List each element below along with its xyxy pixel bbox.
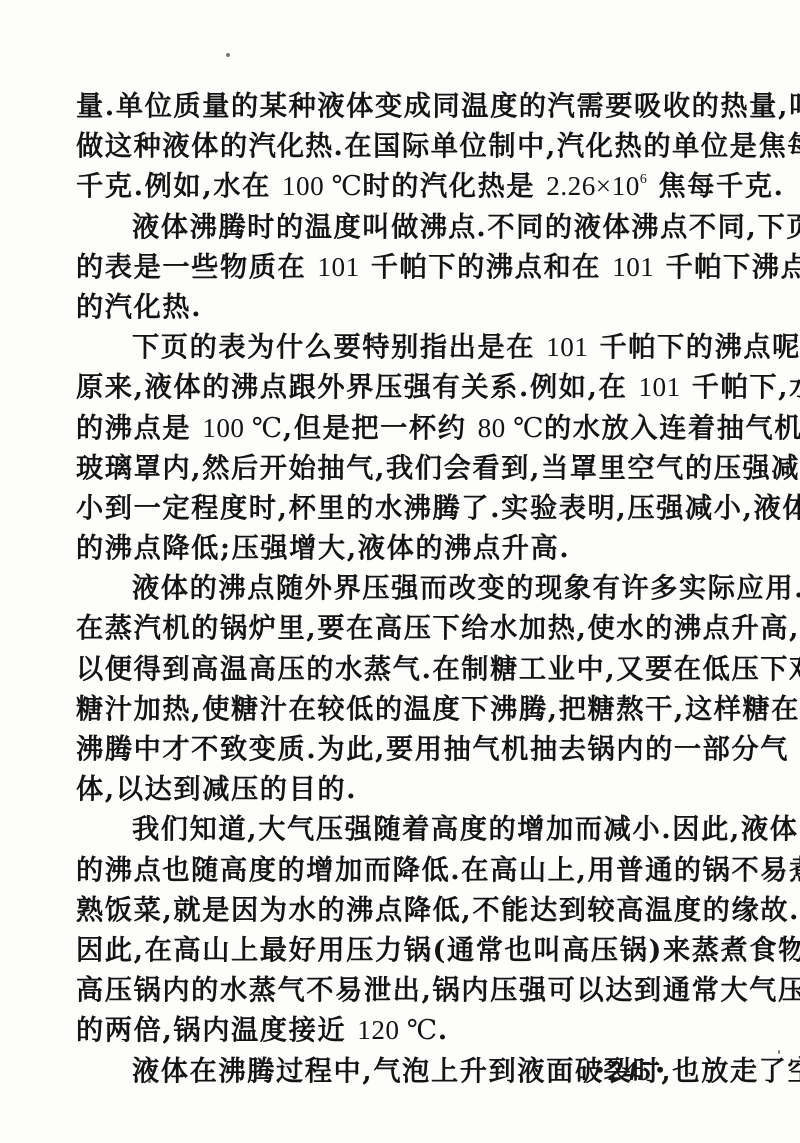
text-run: .不同的液体沸点不同,下页 bbox=[476, 211, 800, 243]
text-run: 千帕下,水 bbox=[681, 371, 800, 403]
text-line: 的沸点也随高度的增加而降低.在高山上,用普通的锅不易煮 bbox=[76, 850, 696, 890]
text-run: 下页的表为什么要特别指出是在 bbox=[132, 331, 546, 363]
scan-speck bbox=[688, 712, 691, 715]
text-run: 液体沸腾时的温度叫做 bbox=[132, 211, 420, 243]
text-line: 因此,在高山上最好用压力锅(通常也叫高压锅)来蒸煮食物. bbox=[76, 930, 696, 970]
text-line: 熟饭菜,就是因为水的沸点降低,不能达到较高温度的缘故. bbox=[76, 890, 696, 930]
text-run: 的沸点是 bbox=[76, 412, 202, 444]
text-run: 的水放入连着抽气机的 bbox=[544, 412, 800, 444]
text-run: 的表是一些物质在 bbox=[76, 251, 317, 283]
numeric-value: 2.26×10 bbox=[546, 171, 640, 201]
page-number: •245• bbox=[592, 1056, 669, 1087]
text-line: 千克.例如,水在 100 ℃时的汽化热是 2.26×106 焦每千克. bbox=[76, 166, 696, 206]
text-line: 的沸点降低;压强增大,液体的沸点升高. bbox=[76, 528, 696, 568]
temperature-value: 100 ℃ bbox=[282, 171, 363, 201]
text-line: 以便得到高温高压的水蒸气.在制糖工业中,又要在低压下对 bbox=[76, 649, 696, 689]
bullet-dot-icon: • bbox=[656, 1057, 665, 1082]
text-run: 的两倍,锅内温度接近 bbox=[76, 1014, 357, 1046]
text-line: 下页的表为什么要特别指出是在 101 千帕下的沸点呢? bbox=[76, 327, 696, 367]
paragraph-3: 下页的表为什么要特别指出是在 101 千帕下的沸点呢? 原来,液体的沸点跟外界压… bbox=[76, 327, 696, 568]
text-line: 的两倍,锅内温度接近 120 ℃. bbox=[76, 1010, 696, 1050]
text-line: 量.单位质量的某种液体变成同温度的汽需要吸收的热量,叫 bbox=[76, 86, 696, 126]
text-line: 的汽化热. bbox=[76, 287, 696, 327]
numeric-value: 101 bbox=[546, 332, 588, 362]
text-line: 我们知道,大气压强随着高度的增加而减小.因此,液体 bbox=[76, 809, 696, 849]
text-run: . bbox=[438, 1014, 449, 1046]
text-run: 千帕下的沸点和在 bbox=[360, 251, 612, 283]
text-line: 液体沸腾时的温度叫做沸点.不同的液体沸点不同,下页 bbox=[76, 207, 696, 247]
page-number-value: 245 bbox=[609, 1056, 653, 1086]
temperature-value: 120 ℃ bbox=[357, 1015, 438, 1045]
page-body: 量.单位质量的某种液体变成同温度的汽需要吸收的热量,叫 做这种液体的汽化热.在国… bbox=[76, 86, 696, 1091]
text-run: 做这种液体的 bbox=[76, 130, 249, 162]
text-line: 糖汁加热,使糖汁在较低的温度下沸腾,把糖熬干,这样糖在 bbox=[76, 689, 696, 729]
paragraph-1: 量.单位质量的某种液体变成同温度的汽需要吸收的热量,叫 做这种液体的汽化热.在国… bbox=[76, 86, 696, 207]
bullet-dot-icon: • bbox=[596, 1057, 605, 1082]
text-line: 玻璃罩内,然后开始抽气,我们会看到,当罩里空气的压强减 bbox=[76, 448, 696, 488]
text-line: 沸腾中才不致变质.为此,要用抽气机抽去锅内的一部分气 bbox=[76, 729, 696, 769]
text-run: 千帕下的沸点呢? bbox=[588, 331, 800, 363]
text-run: 原来,液体的沸点跟外界压强有关系.例如,在 bbox=[76, 371, 638, 403]
text-line: 体,以达到减压的目的. bbox=[76, 769, 696, 809]
scan-speck bbox=[226, 53, 230, 57]
text-run: 焦每千克. bbox=[647, 170, 784, 202]
paragraph-2: 液体沸腾时的温度叫做沸点.不同的液体沸点不同,下页 的表是一些物质在 101 千… bbox=[76, 207, 696, 328]
numeric-value: 101 bbox=[612, 252, 654, 282]
text-run: 时的汽化热是 bbox=[362, 170, 546, 202]
text-run: 千克.例如,水在 bbox=[76, 170, 282, 202]
text-line: 的沸点是 100 ℃,但是把一杯约 80 ℃的水放入连着抽气机的 bbox=[76, 408, 696, 448]
text-line: 高压锅内的水蒸气不易泄出,锅内压强可以达到通常大气压 bbox=[76, 970, 696, 1010]
paragraph-4: 液体的沸点随外界压强而改变的现象有许多实际应用. 在蒸汽机的锅炉里,要在高压下给… bbox=[76, 568, 696, 809]
numeric-value: 101 bbox=[317, 252, 359, 282]
text-line: 液体的沸点随外界压强而改变的现象有许多实际应用. bbox=[76, 568, 696, 608]
key-term-boiling-point: 沸点 bbox=[420, 212, 476, 243]
text-line: 原来,液体的沸点跟外界压强有关系.例如,在 101 千帕下,水 bbox=[76, 367, 696, 407]
scan-speck bbox=[778, 1050, 780, 1054]
text-run: .在国际单位制中,汽化热的单位是焦每 bbox=[333, 130, 800, 162]
numeric-value: 101 bbox=[638, 372, 680, 402]
text-line: 的表是一些物质在 101 千帕下的沸点和在 101 千帕下沸点时 bbox=[76, 247, 696, 287]
text-line: 小到一定程度时,杯里的水沸腾了.实验表明,压强减小,液体 bbox=[76, 488, 696, 528]
paragraph-5: 我们知道,大气压强随着高度的增加而减小.因此,液体 的沸点也随高度的增加而降低.… bbox=[76, 809, 696, 1050]
scan-speck bbox=[148, 1080, 151, 1083]
text-run: ,但是把一杯约 bbox=[283, 412, 478, 444]
temperature-value: 80 ℃ bbox=[478, 413, 544, 443]
temperature-value: 100 ℃ bbox=[202, 413, 283, 443]
key-term-heat-of-vaporization: 汽化热 bbox=[249, 131, 334, 162]
text-line: 在蒸汽机的锅炉里,要在高压下给水加热,使水的沸点升高, bbox=[76, 608, 696, 648]
text-run: 千帕下沸点时 bbox=[654, 251, 800, 283]
text-line: 做这种液体的汽化热.在国际单位制中,汽化热的单位是焦每 bbox=[76, 126, 696, 166]
